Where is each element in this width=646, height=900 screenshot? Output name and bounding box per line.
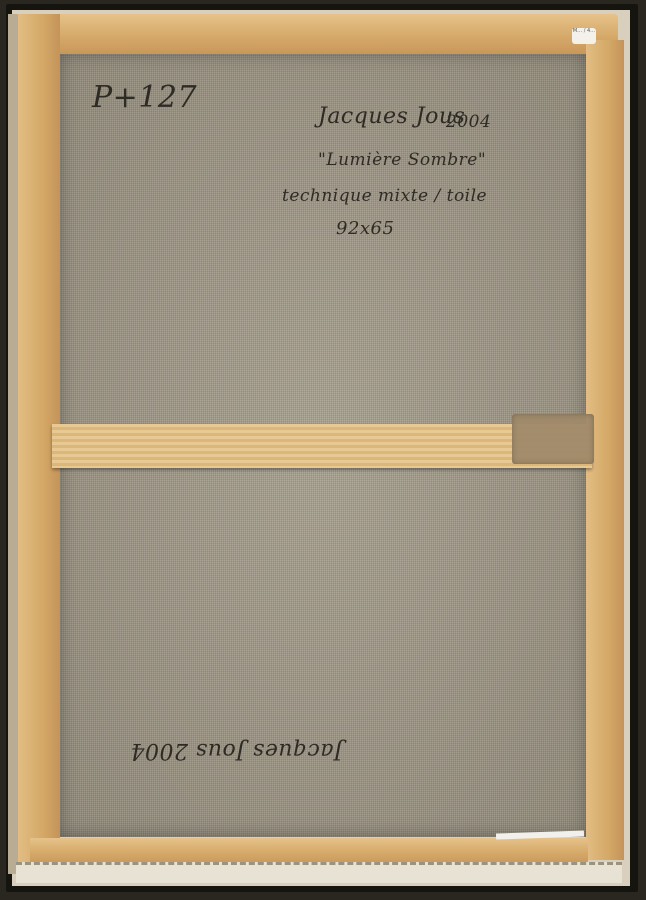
stretcher-crossbar xyxy=(52,424,592,468)
canvas-raw-edge xyxy=(16,862,622,883)
dimensions: 92x65 xyxy=(336,218,394,239)
technique: technique mixte / toile xyxy=(282,186,487,206)
stretcher-bar-top xyxy=(56,14,618,54)
stretcher-bar-bottom xyxy=(30,838,588,864)
tape-patch xyxy=(512,414,594,464)
canvas-edge-left xyxy=(8,14,18,874)
upside-down-signature: Jacques Jous 2004 xyxy=(130,738,343,763)
inventory-sticker: M… / 4… xyxy=(572,28,596,44)
inventory-number: P+127 xyxy=(92,80,197,115)
year: 2004 xyxy=(446,112,491,132)
artwork-title: "Lumière Sombre" xyxy=(318,150,486,170)
artist-name: Jacques Jous xyxy=(318,104,465,129)
